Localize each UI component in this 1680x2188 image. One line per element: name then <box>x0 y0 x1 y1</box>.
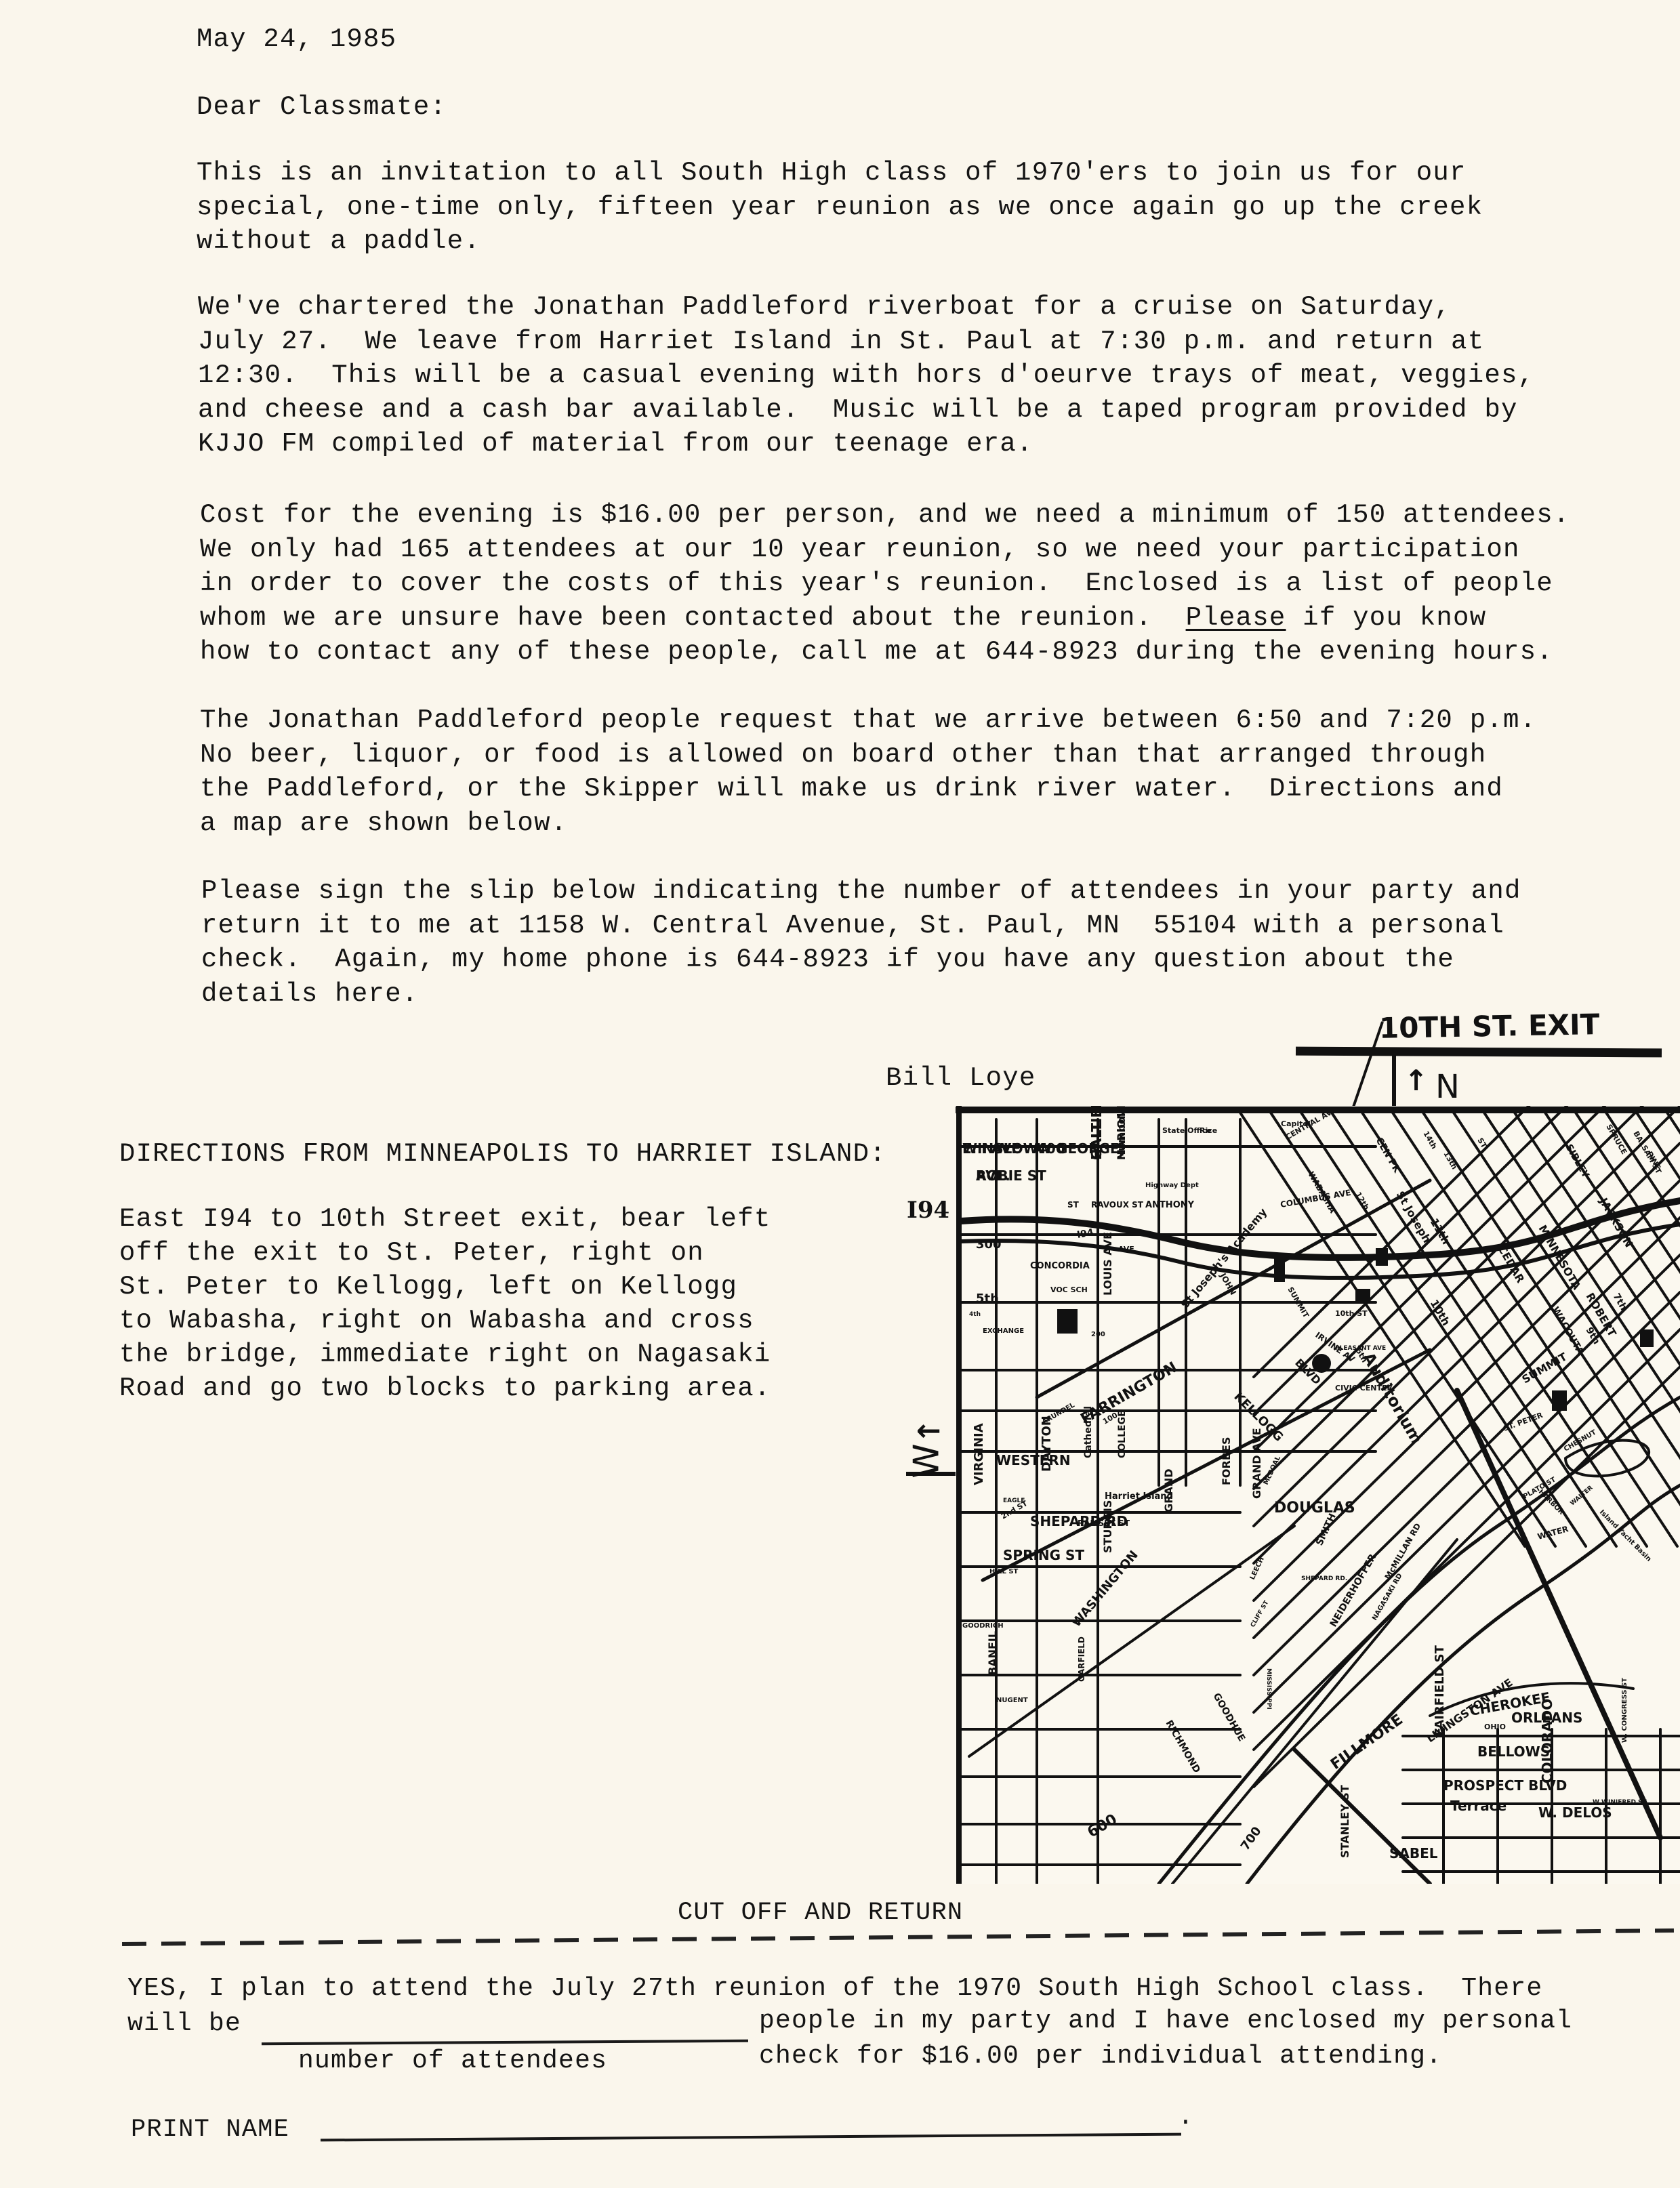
map-street-label: WESTERN <box>996 1452 1071 1468</box>
north-label: N <box>1435 1068 1460 1106</box>
map-street-label: COLORADO <box>1539 1699 1555 1783</box>
text-line: Cost for the evening is $16.00 per perso… <box>200 498 1570 533</box>
text-line: in order to cover the costs of this year… <box>200 566 1570 601</box>
exit-annotation: 10TH ST. EXIT <box>1379 1008 1600 1045</box>
map-street-label: SHEPARD RD. <box>1301 1575 1347 1582</box>
text-line: whom we are unsure have been contacted a… <box>200 601 1570 636</box>
map-street-label: GARFIELD <box>1077 1636 1086 1682</box>
interstate-label: I94 <box>907 1197 949 1224</box>
directions-body: East I94 to 10th Street exit, bear left … <box>119 1202 771 1405</box>
directions-heading: DIRECTIONS FROM MINNEAPOLIS TO HARRIET I… <box>119 1137 886 1171</box>
map-street-label: WINSLOW <box>962 1140 1038 1157</box>
map-street-label: PLEASANT AVE <box>1335 1345 1386 1352</box>
map-street-label: BANFIL <box>986 1631 999 1675</box>
text-line: St. Peter to Kellogg, left on Kellogg <box>119 1270 771 1304</box>
text-line: We only had 165 attendees at our 10 year… <box>200 533 1570 567</box>
map-street-label: FORBES <box>1220 1437 1233 1486</box>
map-street-label: ANTHONY <box>1145 1200 1195 1210</box>
text-line: No beer, liquor, or food is allowed on b… <box>200 738 1536 772</box>
map-street-label: Rice <box>1200 1126 1217 1135</box>
attendees-caption: number of attendees <box>298 2044 607 2078</box>
map-street-label: 200 <box>1091 1331 1105 1338</box>
text-line: how to contact any of these people, call… <box>200 635 1570 669</box>
text-line: the Paddleford, or the Skipper will make… <box>200 772 1536 806</box>
map-street-label: ROBIE ST <box>976 1168 1046 1184</box>
letter-date: May 24, 1985 <box>197 22 396 56</box>
map-street-label: 300 <box>976 1237 1002 1252</box>
text-line: the bridge, immediate right on Nagasaki <box>119 1338 771 1371</box>
north-stem <box>1392 1054 1396 1109</box>
signature: Bill Loye <box>886 1061 1036 1095</box>
map-street-label: NUGENT <box>996 1697 1028 1704</box>
map-street-label: GRAND AVE <box>1250 1428 1263 1499</box>
text-line: Road and go two blocks to parking area. <box>119 1371 771 1405</box>
map-street-label: SABEL <box>1389 1845 1438 1861</box>
text-line: and cheese and a cash bar available. Mus… <box>198 393 1534 428</box>
text-line: July 27. We leave from Harriet Island in… <box>198 325 1534 359</box>
street-map: E. I AVEAVE.400GALTIERMARIONState Office… <box>956 1106 1680 1884</box>
map-street-label: FAIRFIELD ST <box>1433 1645 1447 1736</box>
map-street-label: STURGIS <box>1101 1500 1114 1553</box>
map-street-label: HILL ST <box>989 1568 1019 1575</box>
paragraph-return-slip: Please sign the slip below indicating th… <box>201 874 1521 1011</box>
text-line: off the exit to St. Peter, right on <box>119 1236 771 1270</box>
text-fragment: if you know <box>1286 603 1487 633</box>
cut-line <box>122 1928 1674 1946</box>
salutation: Dear Classmate: <box>197 90 447 124</box>
text-line: We've chartered the Jonathan Paddleford … <box>198 290 1534 325</box>
text-line: The Jonathan Paddleford people request t… <box>200 703 1536 738</box>
text-line: special, one-time only, fifteen year reu… <box>197 190 1483 225</box>
text-line: check. Again, my home phone is 644-8923 … <box>201 943 1521 977</box>
map-street-label: CONCORDIA <box>1030 1261 1090 1271</box>
form-will-be: will be <box>127 2007 241 2041</box>
cut-off-label: CUT OFF AND RETURN <box>678 1896 963 1930</box>
text-line: Please sign the slip below indicating th… <box>201 874 1521 909</box>
map-street-label: VOC SCH <box>1050 1285 1088 1294</box>
map-street-label: DOUGLAS <box>1274 1500 1355 1516</box>
map-street-label: RAVOUX ST <box>1091 1200 1144 1210</box>
paragraph-cost: Cost for the evening is $16.00 per perso… <box>200 498 1570 669</box>
map-drawing: E. I AVEAVE.400GALTIERMARIONState Office… <box>956 1106 1680 1884</box>
map-street-label: HALL <box>1088 1121 1105 1160</box>
text-line: a map are shown below. <box>200 806 1536 841</box>
map-street-label: Humboldt Sch <box>1115 1106 1128 1160</box>
map-street-label: Highway Dept <box>1145 1182 1199 1189</box>
map-street-label: W. DELOS <box>1538 1804 1612 1821</box>
map-street-label: GRAND <box>1162 1468 1175 1512</box>
text-line: 12:30. This will be a casual evening wit… <box>198 358 1534 393</box>
text-line: return it to me at 1158 W. Central Avenu… <box>201 909 1521 943</box>
text-line: This is an invitation to all South High … <box>197 156 1483 190</box>
paragraph-arrival: The Jonathan Paddleford people request t… <box>200 703 1536 840</box>
map-street-label: ST <box>1067 1200 1080 1210</box>
paragraph-invitation: This is an invitation to all South High … <box>197 156 1483 259</box>
text-line: without a paddle. <box>197 224 1483 259</box>
map-street-label: VIRGINIA <box>972 1423 986 1485</box>
text-line: details here. <box>201 977 1521 1012</box>
print-name-label: PRINT NAME <box>131 2113 289 2147</box>
text-line: to Wabasha, right on Wabasha and cross <box>119 1304 771 1338</box>
map-street-label: W. CONGRESS ST <box>1621 1678 1628 1743</box>
map-street-label: SPRING ST <box>1003 1547 1084 1563</box>
print-name-period: . <box>1178 2101 1194 2134</box>
text-line: KJJO FM compiled of material from our te… <box>198 427 1534 461</box>
attendees-field[interactable] <box>262 2010 750 2042</box>
map-street-label: W GEORGE <box>1037 1140 1120 1157</box>
map-street-label: 10th ST <box>1335 1309 1368 1318</box>
map-street-label: GOODRICH <box>962 1622 1004 1630</box>
map-street-label: EXCHANGE <box>983 1327 1024 1335</box>
map-street-label: LOUIS AVE <box>1101 1232 1114 1296</box>
text-fragment: whom we are unsure have been contacted a… <box>200 603 1186 633</box>
map-street-label: OHIO <box>1484 1722 1506 1731</box>
form-line-3: check for $16.00 per individual attendin… <box>759 2040 1442 2073</box>
north-arrow-icon: ↑ <box>1404 1064 1428 1097</box>
paragraph-riverboat: We've chartered the Jonathan Paddleford … <box>198 290 1534 461</box>
form-line-2: people in my party and I have enclosed m… <box>759 2004 1572 2038</box>
form-line-1: YES, I plan to attend the July 27th reun… <box>127 1972 1542 2006</box>
text-line: East I94 to 10th Street exit, bear left <box>119 1202 771 1236</box>
map-street-label: 4th <box>969 1311 981 1318</box>
west-pointer-line <box>906 1472 960 1476</box>
map-street-label: AVE <box>1118 1245 1134 1254</box>
map-street-label: W WINIFRED ST <box>1593 1799 1647 1806</box>
map-street-label: STANLEY ST <box>1338 1785 1351 1858</box>
underlined-please: Please <box>1186 603 1286 633</box>
map-street-label: Terrace <box>1450 1798 1507 1814</box>
map-street-label: MISSISSIPPI <box>1265 1668 1272 1710</box>
map-street-label: 5th <box>976 1292 999 1306</box>
